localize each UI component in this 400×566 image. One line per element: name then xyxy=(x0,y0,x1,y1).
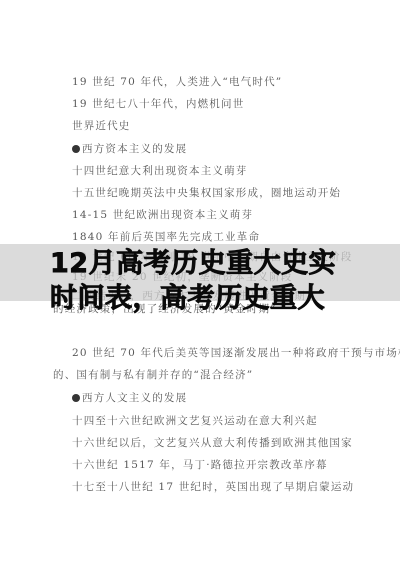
doc-line: 的、国有制与私有制并存的“混合经济” xyxy=(53,368,253,382)
doc-line: 14-15 世纪欧洲出现资本主义萌芽 xyxy=(72,208,253,222)
doc-line: 十四世纪意大利出现资本主义萌芽 xyxy=(72,164,248,178)
doc-line: 1840 年前后英国率先完成工业革命 xyxy=(72,230,260,244)
document-page: 19 世纪 70 年代，人类进入“电气时代” 19 世纪七八十年代，内燃机问世 … xyxy=(0,0,400,566)
doc-line: 19 世纪 70 年代，人类进入“电气时代” xyxy=(72,75,282,89)
bullet-heading-capitalism: 西方资本主义的发展 xyxy=(72,142,187,156)
doc-line: 十五世纪晚期英法中央集权国家形成，圈地运动开始 xyxy=(72,186,341,200)
bullet-icon xyxy=(72,145,80,153)
bullet-icon xyxy=(72,394,80,402)
doc-line: 19 世纪七八十年代，内燃机问世 xyxy=(72,97,244,111)
bullet-heading-humanism: 西方人文主义的发展 xyxy=(72,391,187,405)
doc-line: 十六世纪 1517 年，马丁·路德拉开宗教改革序幕 xyxy=(72,458,328,472)
doc-line: 十七至十八世纪 17 世纪时，英国出现了早期启蒙运动 xyxy=(72,480,354,494)
section-heading-world-modern-history: 世界近代史 xyxy=(72,119,131,133)
doc-line: 十六世纪以后，文艺复兴从意大利传播到欧洲其他国家 xyxy=(72,436,353,450)
overlay-title: 12月高考历史重大史实 时间表，高考历史重大 xyxy=(50,246,390,316)
doc-line: 十四至十六世纪欧洲文艺复兴运动在意大利兴起 xyxy=(72,414,318,428)
doc-line: 20 世纪 70 年代后美英等国逐渐发展出一种将政府干预与市场相结合 xyxy=(72,346,400,360)
